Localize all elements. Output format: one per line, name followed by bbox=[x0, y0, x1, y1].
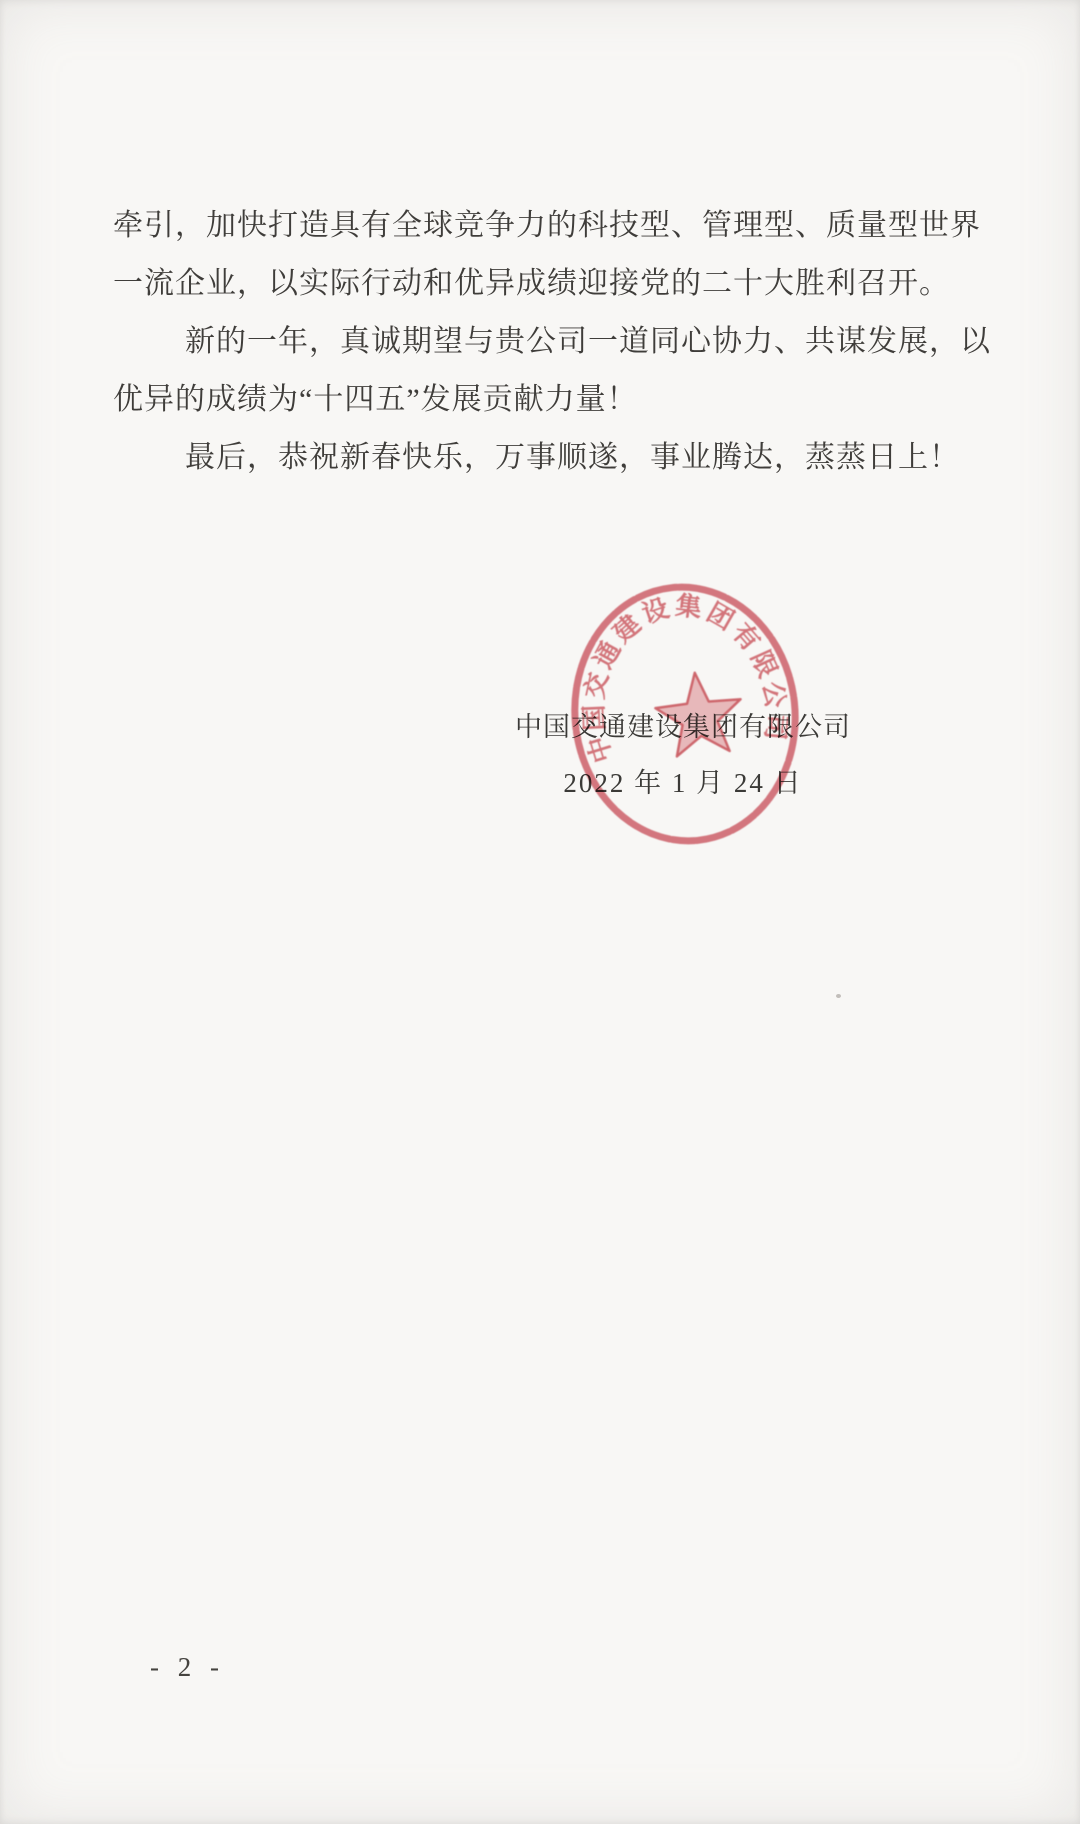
company-seal-stamp: 中国交通建设集团有限公司 bbox=[560, 572, 810, 857]
scan-speck bbox=[836, 994, 841, 998]
body-line-4: 优异的成绩为“十四五”发展贡献力量！ bbox=[113, 371, 973, 429]
document-page: 牵引，加快打造具有全球竞争力的科技型、管理型、质量型世界 一流企业，以实际行动和… bbox=[0, 0, 1080, 1824]
letter-body: 牵引，加快打造具有全球竞争力的科技型、管理型、质量型世界 一流企业，以实际行动和… bbox=[113, 197, 973, 487]
page-number: - 2 - bbox=[150, 1652, 225, 1683]
body-line-1: 牵引，加快打造具有全球竞争力的科技型、管理型、质量型世界 bbox=[113, 197, 973, 255]
body-line-2: 一流企业，以实际行动和优异成绩迎接党的二十大胜利召开。 bbox=[113, 255, 973, 313]
body-line-5: 最后，恭祝新春快乐，万事顺遂，事业腾达，蒸蒸日上！ bbox=[113, 429, 973, 487]
body-line-3: 新的一年，真诚期望与贵公司一道同心协力、共谋发展，以 bbox=[113, 313, 973, 371]
star-icon bbox=[652, 668, 746, 758]
